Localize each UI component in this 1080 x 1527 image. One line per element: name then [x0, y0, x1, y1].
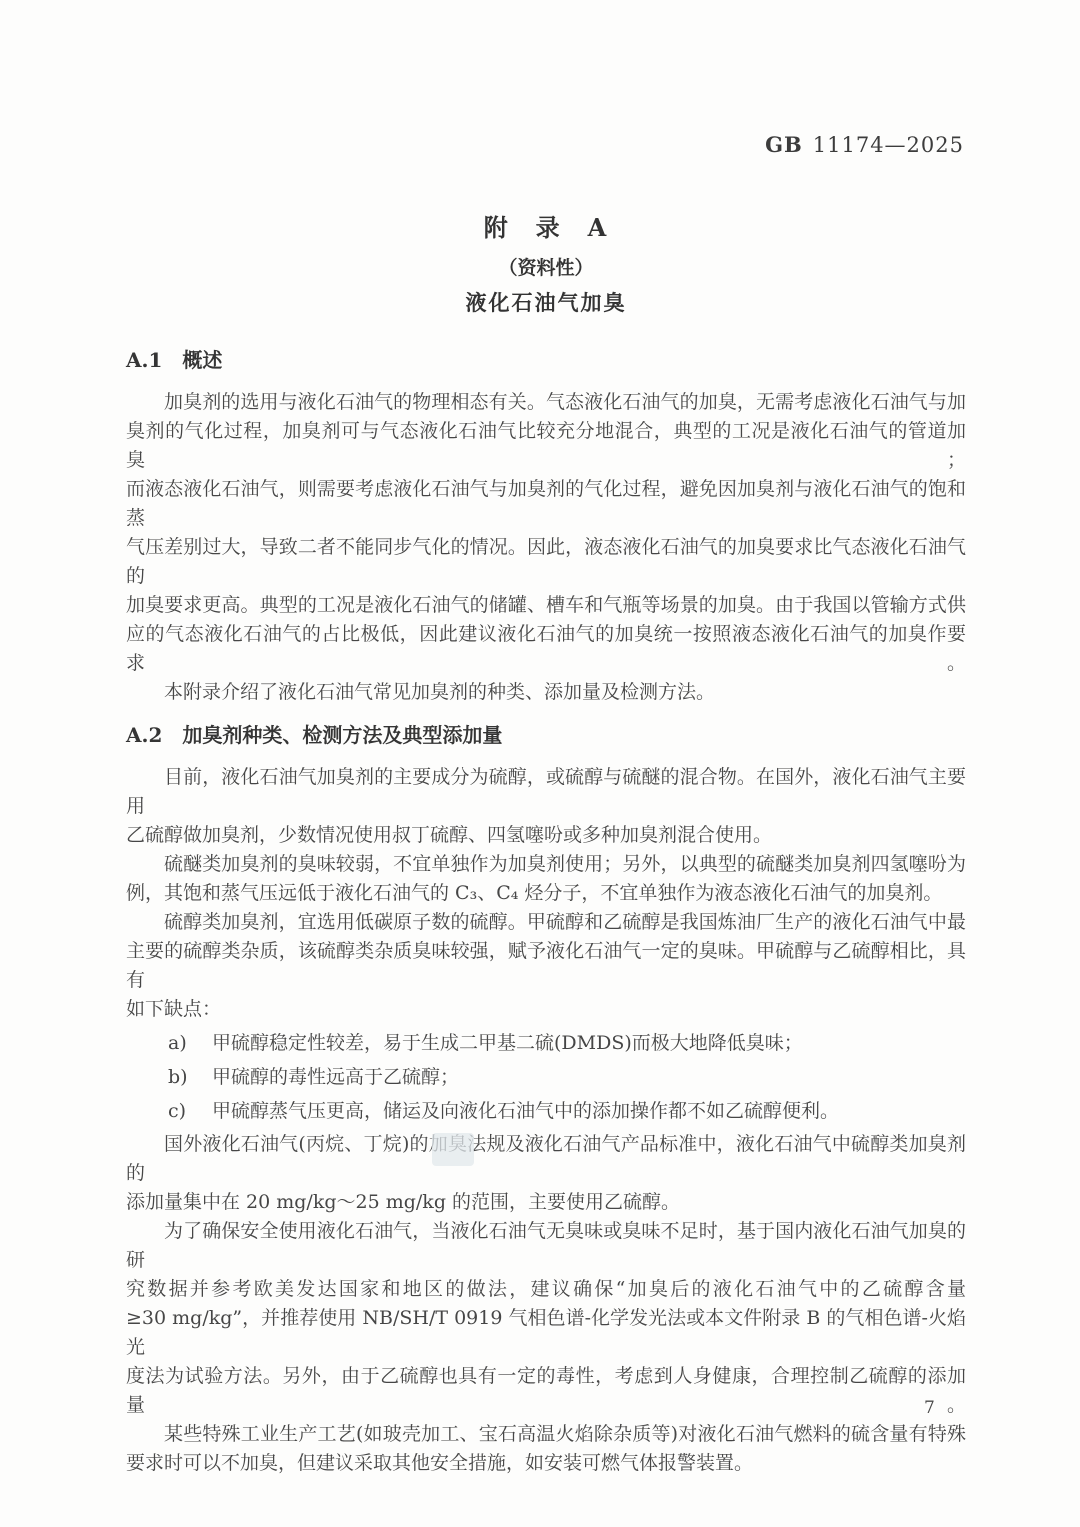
text-line: 气压差别过大，导致二者不能同步气化的情况。因此，液态液化石油气的加臭要求比气态液… [126, 533, 966, 591]
appendix-title-block: 附 录 A （资料性） 液化石油气加臭 [126, 212, 966, 318]
standard-number-header: GB11174—2025 [765, 132, 964, 157]
paragraph: 某些特殊工业生产工艺(如玻壳加工、宝石高温火焰除杂质等)对液化石油气燃料的硫含量… [126, 1420, 966, 1478]
list-item: c) 甲硫醇蒸气压更高，储运及向液化石油气中的添加操作都不如乙硫醇便利。 [126, 1094, 966, 1128]
paragraph: 加臭剂的选用与液化石油气的物理相态有关。气态液化石油气的加臭，无需考虑液化石油气… [126, 388, 966, 678]
text-line: 硫醇类加臭剂，宜选用低碳原子数的硫醇。甲硫醇和乙硫醇是我国炼油厂生产的液化石油气… [126, 908, 966, 937]
paragraph: 国外液化石油气(丙烷、丁烷)的加臭法规及液化石油气产品标准中，液化石油气中硫醇类… [126, 1130, 966, 1217]
list-marker: a) [168, 1026, 212, 1060]
text-line: 而液态液化石油气，则需要考虑液化石油气与加臭剂的气化过程，避免因加臭剂与液化石油… [126, 475, 966, 533]
defects-list: a) 甲硫醇稳定性较差，易于生成二甲基二硫(DMDS)而极大地降低臭味； b) … [126, 1026, 966, 1128]
list-marker: b) [168, 1060, 212, 1094]
list-item-text: 甲硫醇的毒性远高于乙硫醇； [212, 1060, 966, 1094]
text-line: 究数据并参考欧美发达国家和地区的做法，建议确保“加臭后的液化石油气中的乙硫醇含量 [126, 1275, 966, 1304]
scan-smudge-artifact [432, 1133, 474, 1166]
text-line: 应的气态液化石油气的占比极低，因此建议液化石油气的加臭统一按照液态液化石油气的加… [126, 620, 966, 678]
text-line: ≥30 mg/kg”，并推荐使用 NB/SH/T 0919 气相色谱-化学发光法… [126, 1304, 966, 1362]
appendix-type-label: （资料性） [126, 254, 966, 282]
standard-code: GB [765, 132, 803, 157]
appendix-subject-title: 液化石油气加臭 [126, 288, 966, 318]
section-a2-heading: A.2加臭剂种类、检测方法及典型添加量 [126, 721, 966, 749]
paragraph: 目前，液化石油气加臭剂的主要成分为硫醇，或硫醇与硫醚的混合物。在国外，液化石油气… [126, 763, 966, 850]
paragraph: 硫醇类加臭剂，宜选用低碳原子数的硫醇。甲硫醇和乙硫醇是我国炼油厂生产的液化石油气… [126, 908, 966, 1024]
document-page: GB11174—2025 附 录 A （资料性） 液化石油气加臭 A.1概述 加… [0, 0, 1080, 1527]
text-line: 国外液化石油气(丙烷、丁烷)的加臭法规及液化石油气产品标准中，液化石油气中硫醇类… [126, 1130, 966, 1188]
text-line: 添加量集中在 20 mg/kg～25 mg/kg 的范围，主要使用乙硫醇。 [126, 1188, 966, 1217]
list-item: b) 甲硫醇的毒性远高于乙硫醇； [126, 1060, 966, 1094]
list-marker: c) [168, 1094, 212, 1128]
section-a2-number: A.2 [126, 723, 162, 747]
text-line: 如下缺点： [126, 995, 966, 1024]
text-line: 为了确保安全使用液化石油气，当液化石油气无臭味或臭味不足时，基于国内液化石油气加… [126, 1217, 966, 1275]
text-line: 本附录介绍了液化石油气常见加臭剂的种类、添加量及检测方法。 [126, 678, 966, 707]
page-number: 7 [924, 1398, 935, 1418]
text-line: 目前，液化石油气加臭剂的主要成分为硫醇，或硫醇与硫醚的混合物。在国外，液化石油气… [126, 763, 966, 821]
list-item-text: 甲硫醇蒸气压更高，储运及向液化石油气中的添加操作都不如乙硫醇便利。 [212, 1094, 966, 1128]
paragraph: 本附录介绍了液化石油气常见加臭剂的种类、添加量及检测方法。 [126, 678, 966, 707]
text-line: 度法为试验方法。另外，由于乙硫醇也具有一定的毒性，考虑到人身健康，合理控制乙硫醇… [126, 1362, 966, 1420]
standard-year-number: 11174—2025 [813, 133, 964, 157]
paragraph: 为了确保安全使用液化石油气，当液化石油气无臭味或臭味不足时，基于国内液化石油气加… [126, 1217, 966, 1420]
text-line: 硫醚类加臭剂的臭味较弱，不宜单独作为加臭剂使用；另外，以典型的硫醚类加臭剂四氢噻… [126, 850, 966, 879]
text-line: 要求时可以不加臭，但建议采取其他安全措施，如安装可燃气体报警装置。 [126, 1449, 966, 1478]
section-a1-heading: A.1概述 [126, 346, 966, 374]
document-body: 附 录 A （资料性） 液化石油气加臭 A.1概述 加臭剂的选用与液化石油气的物… [126, 212, 966, 1478]
text-line: 臭剂的气化过程，加臭剂可与气态液化石油气比较充分地混合，典型的工况是液化石油气的… [126, 417, 966, 475]
paragraph: 硫醚类加臭剂的臭味较弱，不宜单独作为加臭剂使用；另外，以典型的硫醚类加臭剂四氢噻… [126, 850, 966, 908]
text-line: 加臭剂的选用与液化石油气的物理相态有关。气态液化石油气的加臭，无需考虑液化石油气… [126, 388, 966, 417]
appendix-title: 附 录 A [126, 212, 966, 244]
section-a1-number: A.1 [126, 348, 162, 372]
text-line: 例，其饱和蒸气压远低于液化石油气的 C₃、C₄ 烃分子，不宜单独作为液态液化石油… [126, 879, 966, 908]
text-line: 乙硫醇做加臭剂，少数情况使用叔丁硫醇、四氢噻吩或多种加臭剂混合使用。 [126, 821, 966, 850]
text-line: 某些特殊工业生产工艺(如玻壳加工、宝石高温火焰除杂质等)对液化石油气燃料的硫含量… [126, 1420, 966, 1449]
list-item: a) 甲硫醇稳定性较差，易于生成二甲基二硫(DMDS)而极大地降低臭味； [126, 1026, 966, 1060]
section-a2-title: 加臭剂种类、检测方法及典型添加量 [182, 723, 502, 747]
text-line: 加臭要求更高。典型的工况是液化石油气的储罐、槽车和气瓶等场景的加臭。由于我国以管… [126, 591, 966, 620]
text-line: 主要的硫醇类杂质，该硫醇类杂质臭味较强，赋予液化石油气一定的臭味。甲硫醇与乙硫醇… [126, 937, 966, 995]
section-a1-title: 概述 [182, 348, 222, 372]
list-item-text: 甲硫醇稳定性较差，易于生成二甲基二硫(DMDS)而极大地降低臭味； [212, 1026, 966, 1060]
